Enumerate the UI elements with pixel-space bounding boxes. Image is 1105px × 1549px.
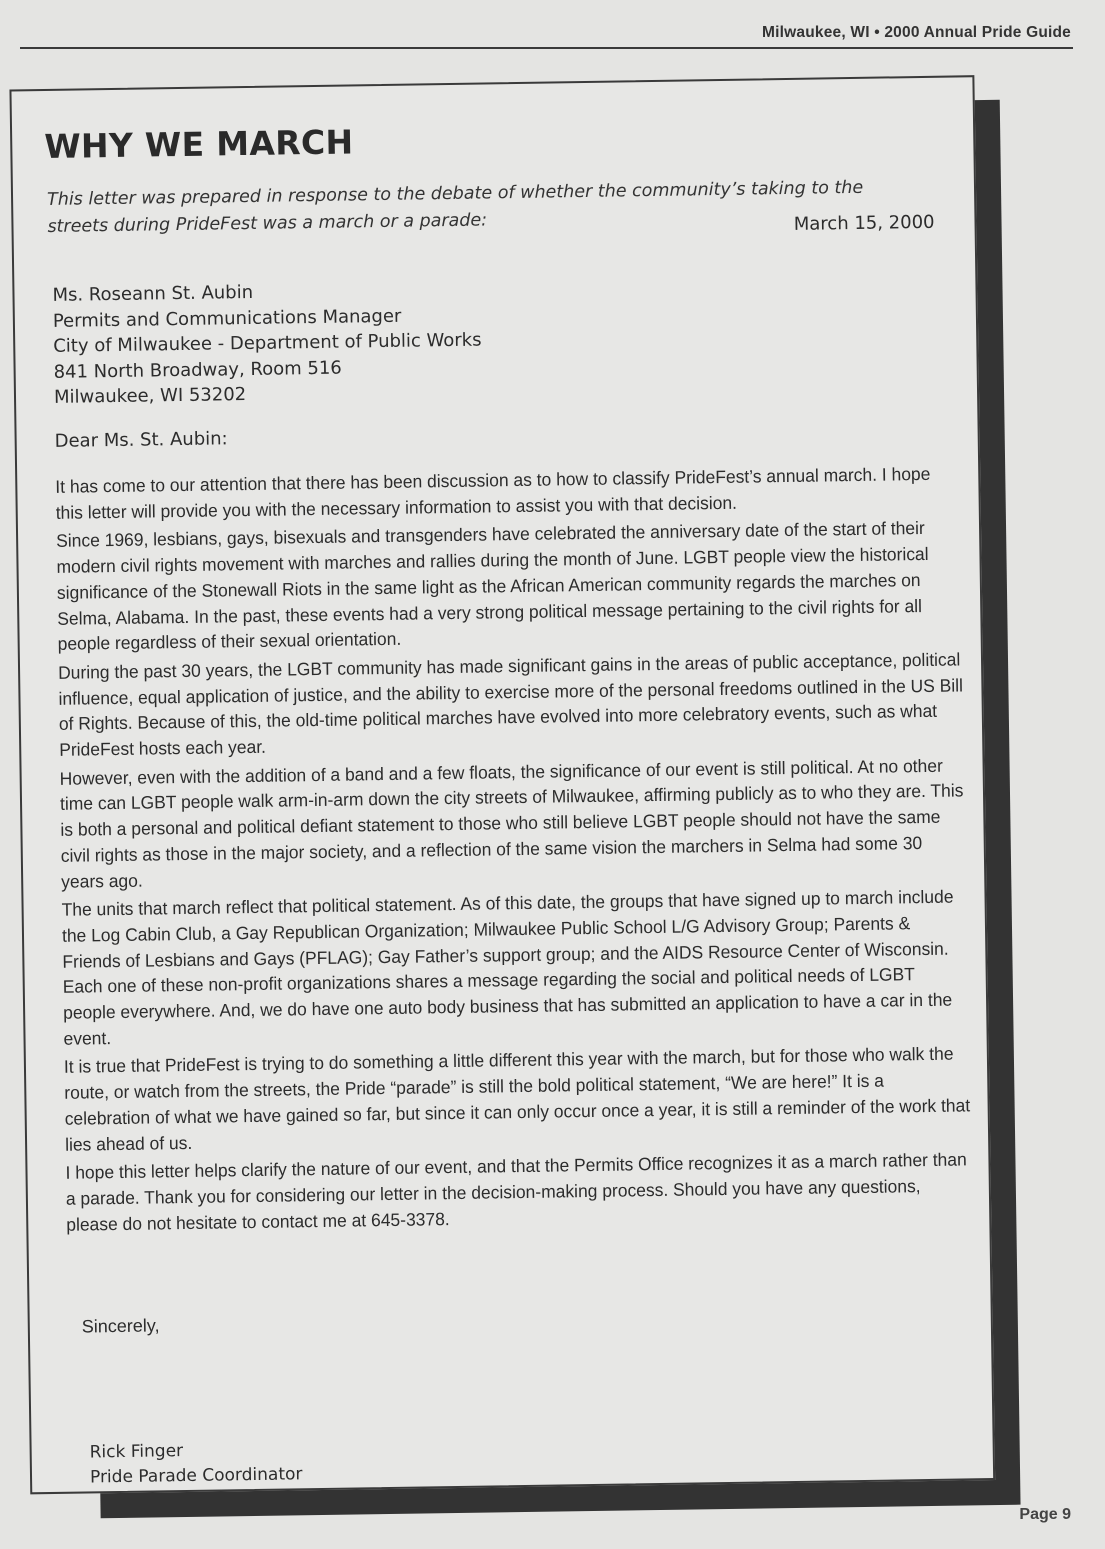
running-head: Milwaukee, WI • 2000 Annual Pride Guide	[762, 24, 1071, 42]
header-rule	[20, 47, 1073, 49]
body-paragraph: However, even with the addition of a ban…	[59, 753, 968, 895]
letter-box: WHY WE MARCH This letter was prepared in…	[9, 75, 995, 1494]
letter-frame: WHY WE MARCH This letter was prepared in…	[9, 75, 1030, 1520]
signer-name: Rick Finger	[89, 1437, 302, 1465]
letter-date: March 15, 2000	[794, 212, 935, 235]
body-paragraph: The units that march reflect that politi…	[61, 885, 970, 1053]
body-paragraph: Since 1969, lesbians, gays, bisexuals an…	[56, 516, 965, 658]
body-paragraph: It has come to our attention that there …	[55, 461, 963, 526]
recipient-address: Ms. Roseann St. Aubin Permits and Commun…	[52, 277, 482, 411]
page-number: Page 9	[1019, 1506, 1071, 1524]
signer-title: Pride Parade Coordinator	[90, 1462, 303, 1490]
body-paragraph: During the past 30 years, the LGBT commu…	[58, 647, 966, 763]
address-line: Milwaukee, WI 53202	[54, 379, 483, 411]
body-paragraph: It is true that PrideFest is trying to d…	[64, 1042, 972, 1158]
article-title: WHY WE MARCH	[44, 122, 354, 166]
closing: Sincerely,	[82, 1315, 160, 1337]
signature-block: Rick Finger Pride Parade Coordinator	[89, 1437, 302, 1490]
article-intro: This letter was prepared in response to …	[47, 174, 908, 241]
letter-body: It has come to our attention that there …	[55, 461, 973, 1241]
body-paragraph: I hope this letter helps clarify the nat…	[65, 1148, 973, 1239]
salutation: Dear Ms. St. Aubin:	[55, 428, 228, 452]
